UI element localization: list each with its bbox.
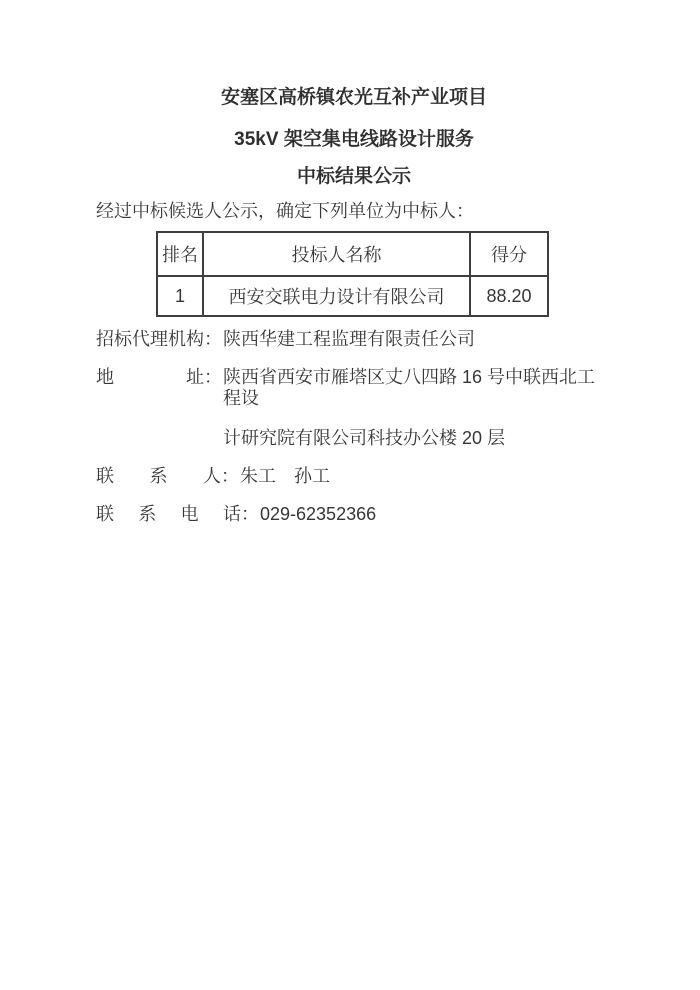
doc-title-line3: 中标结果公示 <box>96 166 612 187</box>
contact-person-colon: ： <box>221 466 239 487</box>
table-header-row: 排名 投标人名称 得分 <box>157 232 548 276</box>
contact-phone-label: 联系电话 <box>96 504 241 525</box>
bid-result-table: 排名 投标人名称 得分 1 西安交联电力设计有限公司 88.20 <box>156 231 549 317</box>
table-header-score: 得分 <box>470 232 548 276</box>
contact-phone-line: 联系电话： 029-62352366 <box>96 504 612 525</box>
table-header-rank: 排名 <box>157 232 203 276</box>
contact-person-label: 联系人 <box>96 466 221 487</box>
address-colon: ： <box>204 367 222 388</box>
contact-person-value: 朱工 孙工 <box>239 466 330 487</box>
agency-colon: ： <box>204 329 222 350</box>
cell-bidder-name: 西安交联电力设计有限公司 <box>203 276 470 316</box>
contact-phone-colon: ： <box>241 504 259 525</box>
address-label: 地址 <box>96 367 204 388</box>
address-value-line2: 计研究院有限公司科技办公楼 20 层 <box>223 428 612 449</box>
cell-rank: 1 <box>157 276 203 316</box>
agency-value: 陕西华建工程监理有限责任公司 <box>222 329 475 350</box>
contact-person-line: 联系人： 朱工 孙工 <box>96 466 612 487</box>
agency-line: 招标代理机构： 陕西华建工程监理有限责任公司 <box>96 329 612 350</box>
cell-score: 88.20 <box>470 276 548 316</box>
document-page: 安塞区高桥镇农光互补产业项目 35kV 架空集电线路设计服务 中标结果公示 经过… <box>0 87 700 525</box>
table-row: 1 西安交联电力设计有限公司 88.20 <box>157 276 548 316</box>
contact-phone-value: 029-62352366 <box>259 504 376 525</box>
table-header-bidder: 投标人名称 <box>203 232 470 276</box>
doc-title-line1: 安塞区高桥镇农光互补产业项目 <box>96 87 612 108</box>
address-line: 地址： 陕西省西安市雁塔区丈八四路 16 号中联西北工程设 计研究院有限公司科技… <box>96 367 612 449</box>
intro-text: 经过中标候选人公示，确定下列单位为中标人： <box>96 201 612 222</box>
agency-label: 招标代理机构 <box>96 329 204 350</box>
doc-title-line2: 35kV 架空集电线路设计服务 <box>96 129 612 150</box>
address-value: 陕西省西安市雁塔区丈八四路 16 号中联西北工程设 计研究院有限公司科技办公楼 … <box>222 367 612 449</box>
address-value-line1: 陕西省西安市雁塔区丈八四路 16 号中联西北工程设 <box>223 367 612 409</box>
